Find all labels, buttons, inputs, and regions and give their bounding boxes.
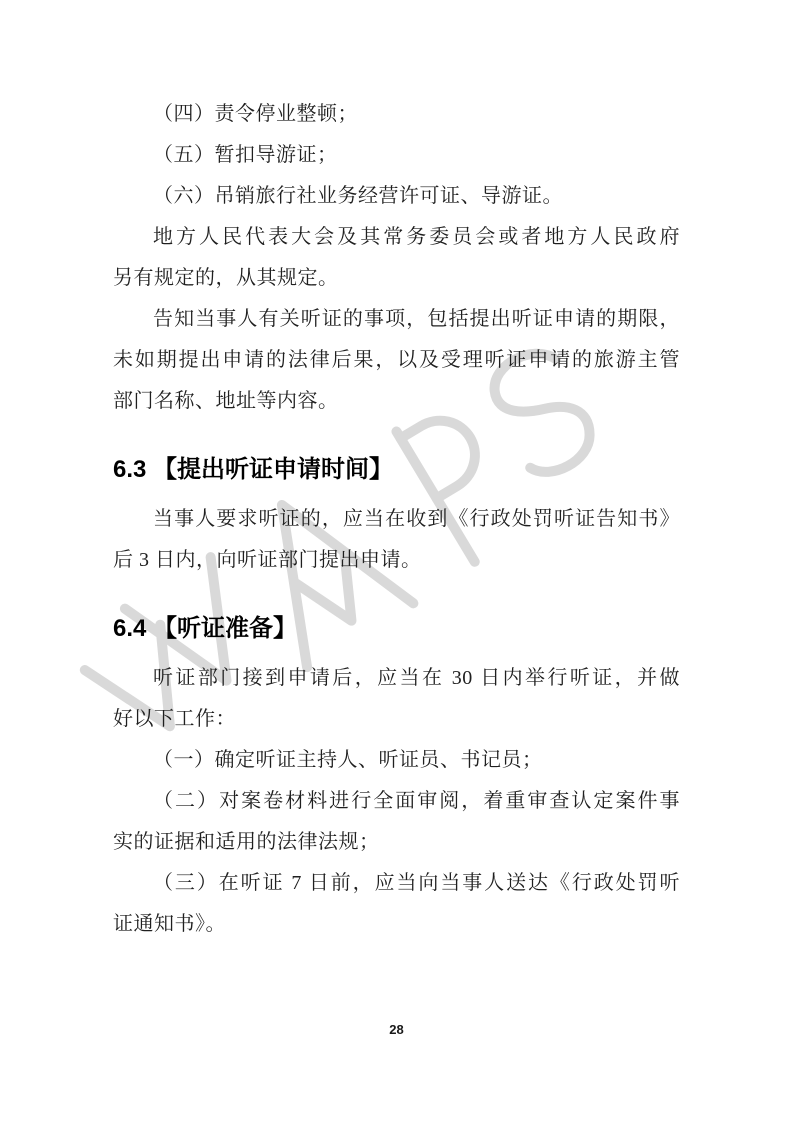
document-page: （四）责令停业整顿； （五）暂扣导游证； （六）吊销旅行社业务经营许可证、导游证… — [0, 0, 793, 1122]
section-heading-6-4: 6.4 【听证准备】 — [113, 608, 680, 649]
paragraph-line: 听证部门接到申请后，应当在 30 日内举行听证，并做 — [113, 658, 680, 699]
list-item-2: （二）对案卷材料进行全面审阅，着重审查认定案件事 — [113, 781, 680, 822]
paragraph-line: 地方人民代表大会及其常务委员会或者地方人民政府 — [113, 217, 680, 258]
paragraph-line: 好以下工作： — [113, 699, 680, 740]
list-item-2-cont: 实的证据和适用的法律法规； — [113, 822, 680, 863]
document-body: （四）责令停业整顿； （五）暂扣导游证； （六）吊销旅行社业务经营许可证、导游证… — [113, 94, 680, 945]
paragraph-line: 未如期提出申请的法律后果，以及受理听证申请的旅游主管 — [113, 340, 680, 381]
paragraph-line: 部门名称、地址等内容。 — [113, 381, 680, 422]
paragraph-line: 另有规定的，从其规定。 — [113, 258, 680, 299]
paragraph-line: 当事人要求听证的，应当在收到《行政处罚听证告知书》 — [113, 499, 680, 540]
paragraph-line: 告知当事人有关听证的事项，包括提出听证申请的期限， — [113, 299, 680, 340]
list-item-4: （四）责令停业整顿； — [113, 94, 680, 135]
list-item-6: （六）吊销旅行社业务经营许可证、导游证。 — [113, 176, 680, 217]
list-item-3: （三）在听证 7 日前，应当向当事人送达《行政处罚听 — [113, 863, 680, 904]
paragraph-line: 后 3 日内，向听证部门提出申请。 — [113, 540, 680, 581]
list-item-3-cont: 证通知书》。 — [113, 904, 680, 945]
section-heading-6-3: 6.3 【提出听证申请时间】 — [113, 449, 680, 490]
list-item-1: （一）确定听证主持人、听证员、书记员； — [113, 740, 680, 781]
list-item-5: （五）暂扣导游证； — [113, 135, 680, 176]
page-number: 28 — [0, 1022, 793, 1037]
